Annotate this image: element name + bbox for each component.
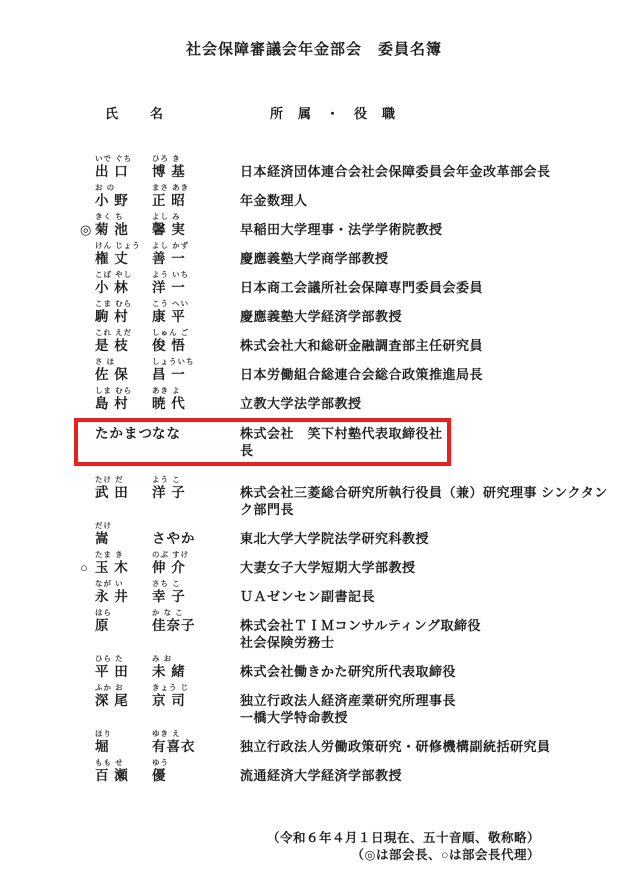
chair-marker xyxy=(80,682,95,692)
member-affiliation: 早稲田大学理事・法学学術院教授 xyxy=(240,211,443,238)
name-given-group: こう へい 康 平 xyxy=(152,298,189,325)
member-row: さ ほ 佐 保 しょういち 昌 一 日本労働組合総連合会総合政策推進局長 xyxy=(80,356,628,383)
member-affiliation: 日本労働組合総連合会総合政策推進局長 xyxy=(240,356,483,383)
chair-marker xyxy=(80,653,95,663)
member-name: たま き 玉 木 のぶ すけ 伸 介 xyxy=(95,549,240,576)
member-row: こば やし 小 林 よう いち 洋 一 日本商工会議所社会保障専門委員会委員 xyxy=(80,269,628,296)
name-family: 玉 木 xyxy=(95,559,152,576)
furigana-family: はら xyxy=(95,607,152,617)
name-family-group: もも せ 百 瀬 xyxy=(95,757,152,784)
affiliation-line-1: 流通経済大学経済学部教授 xyxy=(240,767,402,784)
name-family: 是 枝 xyxy=(95,337,152,354)
furigana-family: だけ xyxy=(95,520,152,530)
chair-marker xyxy=(80,757,95,767)
name-family: 小 林 xyxy=(95,279,152,296)
chair-marker xyxy=(80,728,95,738)
name-given: 馨 実 xyxy=(152,221,186,238)
name-family-group: たま き 玉 木 xyxy=(95,549,152,576)
member-row: ふか お 深 尾 きょう じ 京 司 独立行政法人経済産業研究所理事長 一橋大学… xyxy=(80,682,628,726)
affiliation-line-1: 慶應義塾大学経済学部教授 xyxy=(240,308,402,325)
name-family-group: しま むら 島 村 xyxy=(95,385,152,412)
member-row: お の 小 野 まさ あき 正 昭 年金数理人 xyxy=(80,182,628,209)
member-affiliation: 株式会社 笑下村塾代表取締役社長 xyxy=(240,425,445,459)
furigana-family: お の xyxy=(95,182,152,192)
page-title: 社会保障審議会年金部会 委員名簿 xyxy=(0,38,628,59)
chair-marker: ○ xyxy=(80,549,95,576)
name-given: 伸 介 xyxy=(152,559,189,576)
furigana-given: のぶ すけ xyxy=(152,549,189,559)
column-headers: 氏 名 所 属 ・ 役 職 xyxy=(0,103,628,121)
name-given: 正 昭 xyxy=(152,192,189,209)
name-given: 俊 悟 xyxy=(152,337,189,354)
furigana-given: きょう じ xyxy=(152,682,189,692)
name-given-group: よし かず 善 一 xyxy=(152,240,189,267)
affiliation-line-1: 独立行政法人経済産業研究所理事長 xyxy=(240,692,456,709)
chair-marker xyxy=(80,298,95,308)
name-given-group: なな xyxy=(152,425,181,442)
name-given: 昌 一 xyxy=(152,366,195,383)
affiliation-line-2: 社会保険労務士 xyxy=(240,634,481,651)
furigana-given: ゆき え xyxy=(152,728,196,738)
furigana-given: か な こ xyxy=(152,607,196,617)
name-given-group: さち こ 幸 子 xyxy=(152,578,186,605)
member-name: こま むら 駒 村 こう へい 康 平 xyxy=(95,298,240,325)
member-row: こま むら 駒 村 こう へい 康 平 慶應義塾大学経済学部教授 xyxy=(80,298,628,325)
name-family: 深 尾 xyxy=(95,692,152,709)
member-affiliation: 株式会社三菱総合研究所執行役員（兼）研究理事 シンクタン ク部門長 xyxy=(240,474,608,518)
furigana-family: ふか お xyxy=(95,682,152,692)
furigana-family: もも せ xyxy=(95,757,152,767)
member-affiliation: 株式会社ＴＩＭコンサルティング取締役 社会保険労務士 xyxy=(240,607,481,651)
affiliation-line-1: ＵＡゼンセン副書記長 xyxy=(240,588,375,605)
chair-marker xyxy=(80,578,95,588)
furigana-family: たけ だ xyxy=(95,474,152,484)
member-affiliation: 慶應義塾大学商学部教授 xyxy=(240,240,389,267)
chair-marker xyxy=(80,327,95,337)
furigana-family: こま むら xyxy=(95,298,152,308)
name-family-group: こま むら 駒 村 xyxy=(95,298,152,325)
member-affiliation: 年金数理人 xyxy=(240,182,308,209)
furigana-family: これ えだ xyxy=(95,327,152,337)
member-name: お の 小 野 まさ あき 正 昭 xyxy=(95,182,240,209)
affiliation-line-1: 株式会社働きかた研究所代表取締役 xyxy=(240,663,456,680)
name-given: 善 一 xyxy=(152,250,189,267)
name-given: 優 xyxy=(152,767,169,784)
name-given-group: のぶ すけ 伸 介 xyxy=(152,549,189,576)
footer-notes: （令和６年４月１日現在、五十音順、敬称略） （◎は部会長、○は部会長代理） xyxy=(0,830,628,864)
furigana-family: こば やし xyxy=(95,269,152,279)
member-name: もも せ 百 瀬 ゆう 優 xyxy=(95,757,240,784)
name-given: 洋 一 xyxy=(152,279,189,296)
chair-marker xyxy=(80,520,95,530)
name-family: 永 井 xyxy=(95,588,152,605)
name-family: 武 田 xyxy=(95,484,152,501)
furigana-family: ひら た xyxy=(95,653,152,663)
furigana-given: よし かず xyxy=(152,240,189,250)
chair-marker xyxy=(80,153,95,163)
name-family-group: たけ だ 武 田 xyxy=(95,474,152,501)
member-affiliation: 大妻女子大学短期大学部教授 xyxy=(240,549,416,576)
member-row: もも せ 百 瀬 ゆう 優 流通経済大学経済学部教授 xyxy=(80,757,628,784)
member-name: たけ だ 武 田 よう こ 洋 子 xyxy=(95,474,240,501)
name-family: 平 田 xyxy=(95,663,152,680)
member-name: これ えだ 是 枝 しゅん ご 俊 悟 xyxy=(95,327,240,354)
furigana-family: いで ぐち xyxy=(95,153,152,163)
member-name: ふか お 深 尾 きょう じ 京 司 xyxy=(95,682,240,709)
name-given: 京 司 xyxy=(152,692,189,709)
affiliation-line-1: 慶應義塾大学商学部教授 xyxy=(240,250,389,267)
furigana-family: ほり xyxy=(95,728,152,738)
name-given: なな xyxy=(152,425,181,442)
affiliation-line-1: 立教大学法学部教授 xyxy=(240,395,362,412)
name-given-group: よし み 馨 実 xyxy=(152,211,186,238)
name-family: 堀 xyxy=(95,738,152,755)
member-name: ほり 堀 ゆき え 有喜衣 xyxy=(95,728,240,755)
name-family: 出 口 xyxy=(95,163,152,180)
member-affiliation: 株式会社大和総研金融調査部主任研究員 xyxy=(240,327,483,354)
member-affiliation: 慶應義塾大学経済学部教授 xyxy=(240,298,402,325)
member-row: ほり 堀 ゆき え 有喜衣 独立行政法人労働政策研究・研修機構副統括研究員 xyxy=(80,728,628,755)
furigana-given: しょういち xyxy=(152,356,195,366)
furigana-given: よう こ xyxy=(152,474,186,484)
furigana-family: けん じょう xyxy=(95,240,152,250)
member-name: だけ 嵩 さやか xyxy=(95,520,240,547)
affiliation-line-1: 年金数理人 xyxy=(240,192,308,209)
name-given-group: よう こ 洋 子 xyxy=(152,474,186,501)
member-row: けん じょう 権 丈 よし かず 善 一 慶應義塾大学商学部教授 xyxy=(80,240,628,267)
document-page: 社会保障審議会年金部会 委員名簿 氏 名 所 属 ・ 役 職 いで ぐち 出 口… xyxy=(0,0,628,887)
chair-marker xyxy=(80,607,95,617)
member-name: きく ち 菊 池 よし み 馨 実 xyxy=(95,211,240,238)
member-row: ○ たま き 玉 木 のぶ すけ 伸 介 大妻女子大学短期大学部教授 xyxy=(80,549,628,576)
member-row: いで ぐち 出 口 ひろ き 博 基 日本経済団体連合会社会保障委員会年金改革部… xyxy=(80,153,628,180)
member-name: なが い 永 井 さち こ 幸 子 xyxy=(95,578,240,605)
chair-marker xyxy=(80,240,95,250)
name-family: 嵩 xyxy=(95,530,152,547)
name-given-group: み お 未 緒 xyxy=(152,653,186,680)
affiliation-line-1: 日本経済団体連合会社会保障委員会年金改革部会長 xyxy=(240,163,551,180)
name-given-group: まさ あき 正 昭 xyxy=(152,182,189,209)
name-family-group: だけ 嵩 xyxy=(95,520,152,547)
furigana-family: さ ほ xyxy=(95,356,152,366)
footer-note-legend: （◎は部会長、○は部会長代理） xyxy=(0,847,540,864)
name-given-group: きょう じ 京 司 xyxy=(152,682,189,709)
member-name: しま むら 島 村 あき よ 暁 代 xyxy=(95,385,240,412)
name-family: たかまつ xyxy=(95,425,152,442)
name-given: 有喜衣 xyxy=(152,738,196,755)
member-row: たかまつ なな 株式会社 笑下村塾代表取締役社長 xyxy=(74,418,451,466)
furigana-family: しま むら xyxy=(95,385,152,395)
name-family: 小 野 xyxy=(95,192,152,209)
member-affiliation: 流通経済大学経済学部教授 xyxy=(240,757,402,784)
furigana-given: さち こ xyxy=(152,578,186,588)
furigana-given: こう へい xyxy=(152,298,189,308)
member-row: ◎ きく ち 菊 池 よし み 馨 実 早稲田大学理事・法学学術院教授 xyxy=(80,211,628,238)
chair-marker: ◎ xyxy=(80,211,95,238)
name-family-group: きく ち 菊 池 xyxy=(95,211,152,238)
member-affiliation: 独立行政法人労働政策研究・研修機構副統括研究員 xyxy=(240,728,551,755)
name-family-group: お の 小 野 xyxy=(95,182,152,209)
chair-marker xyxy=(80,356,95,366)
name-family: 佐 保 xyxy=(95,366,152,383)
member-row: これ えだ 是 枝 しゅん ご 俊 悟 株式会社大和総研金融調査部主任研究員 xyxy=(80,327,628,354)
name-given-group: ひろ き 博 基 xyxy=(152,153,186,180)
furigana-given: み お xyxy=(152,653,186,663)
affiliation-line-1: 株式会社大和総研金融調査部主任研究員 xyxy=(240,337,483,354)
name-given-group: ゆき え 有喜衣 xyxy=(152,728,196,755)
furigana-family: きく ち xyxy=(95,211,152,221)
name-family-group: いで ぐち 出 口 xyxy=(95,153,152,180)
furigana-given: まさ あき xyxy=(152,182,189,192)
affiliation-line-1: 早稲田大学理事・法学学術院教授 xyxy=(240,221,443,238)
column-header-affiliation: 所 属 ・ 役 職 xyxy=(270,103,396,122)
name-family-group: これ えだ 是 枝 xyxy=(95,327,152,354)
affiliation-line-1: 東北大学大学院法学研究科教授 xyxy=(240,530,429,547)
furigana-given xyxy=(152,520,196,530)
furigana-given: ひろ き xyxy=(152,153,186,163)
furigana-given: よし み xyxy=(152,211,186,221)
chair-marker xyxy=(80,474,95,484)
member-name: はら 原 か な こ 佳奈子 xyxy=(95,607,240,634)
name-family-group: ひら た 平 田 xyxy=(95,653,152,680)
name-given: 洋 子 xyxy=(152,484,186,501)
member-affiliation: 株式会社働きかた研究所代表取締役 xyxy=(240,653,456,680)
name-given-group: か な こ 佳奈子 xyxy=(152,607,196,634)
affiliation-line-2: ク部門長 xyxy=(240,501,608,518)
name-given: 康 平 xyxy=(152,308,189,325)
affiliation-line-1: 株式会社 笑下村塾代表取締役社長 xyxy=(240,425,445,459)
furigana-family: たま き xyxy=(95,549,152,559)
member-affiliation: 日本商工会議所社会保障専門委員会委員 xyxy=(240,269,483,296)
member-affiliation: 立教大学法学部教授 xyxy=(240,385,362,412)
name-given: 幸 子 xyxy=(152,588,186,605)
name-family-group: はら 原 xyxy=(95,607,152,634)
name-family: 原 xyxy=(95,617,152,634)
affiliation-line-1: 日本商工会議所社会保障専門委員会委員 xyxy=(240,279,483,296)
name-given: 暁 代 xyxy=(152,395,186,412)
member-row: ひら た 平 田 み お 未 緒 株式会社働きかた研究所代表取締役 xyxy=(80,653,628,680)
furigana-given: あき よ xyxy=(152,385,186,395)
name-given-group: さやか xyxy=(152,520,196,547)
name-given: 未 緒 xyxy=(152,663,186,680)
member-name: ひら た 平 田 み お 未 緒 xyxy=(95,653,240,680)
furigana-given: ゆう xyxy=(152,757,169,767)
name-given: 博 基 xyxy=(152,163,186,180)
member-list: いで ぐち 出 口 ひろ き 博 基 日本経済団体連合会社会保障委員会年金改革部… xyxy=(0,153,628,784)
name-given-group: しゅん ご 俊 悟 xyxy=(152,327,189,354)
member-row: しま むら 島 村 あき よ 暁 代 立教大学法学部教授 xyxy=(80,385,628,412)
member-affiliation: 日本経済団体連合会社会保障委員会年金改革部会長 xyxy=(240,153,551,180)
affiliation-line-1: 独立行政法人労働政策研究・研修機構副統括研究員 xyxy=(240,738,551,755)
furigana-given: よう いち xyxy=(152,269,189,279)
name-family: 百 瀬 xyxy=(95,767,152,784)
member-affiliation: 独立行政法人経済産業研究所理事長 一橋大学特命教授 xyxy=(240,682,456,726)
member-row: はら 原 か な こ 佳奈子 株式会社ＴＩＭコンサルティング取締役 社会保険労務… xyxy=(80,607,628,651)
member-row: なが い 永 井 さち こ 幸 子 ＵＡゼンセン副書記長 xyxy=(80,578,628,605)
affiliation-line-1: 株式会社ＴＩＭコンサルティング取締役 xyxy=(240,617,481,634)
name-family-group: ふか お 深 尾 xyxy=(95,682,152,709)
furigana-given: しゅん ご xyxy=(152,327,189,337)
member-row: だけ 嵩 さやか 東北大学大学院法学研究科教授 xyxy=(80,520,628,547)
name-family: 駒 村 xyxy=(95,308,152,325)
member-name: けん じょう 権 丈 よし かず 善 一 xyxy=(95,240,240,267)
name-family-group: さ ほ 佐 保 xyxy=(95,356,152,383)
name-given: 佳奈子 xyxy=(152,617,196,634)
member-name: さ ほ 佐 保 しょういち 昌 一 xyxy=(95,356,240,383)
footer-note-date: （令和６年４月１日現在、五十音順、敬称略） xyxy=(0,830,540,847)
member-name: たかまつ なな xyxy=(95,425,240,442)
name-family-group: こば やし 小 林 xyxy=(95,269,152,296)
name-family: 島 村 xyxy=(95,395,152,412)
name-given: さやか xyxy=(152,530,196,547)
column-header-name: 氏 名 xyxy=(105,103,165,122)
affiliation-line-1: 株式会社三菱総合研究所執行役員（兼）研究理事 シンクタン xyxy=(240,484,608,501)
name-given-group: よう いち 洋 一 xyxy=(152,269,189,296)
name-family-group: けん じょう 権 丈 xyxy=(95,240,152,267)
name-family-group: たかまつ xyxy=(95,425,152,442)
name-family-group: なが い 永 井 xyxy=(95,578,152,605)
furigana-family: なが い xyxy=(95,578,152,588)
affiliation-line-2: 一橋大学特命教授 xyxy=(240,709,456,726)
member-name: いで ぐち 出 口 ひろ き 博 基 xyxy=(95,153,240,180)
name-family-group: ほり 堀 xyxy=(95,728,152,755)
chair-marker xyxy=(80,269,95,279)
name-family: 菊 池 xyxy=(95,221,152,238)
member-name: こば やし 小 林 よう いち 洋 一 xyxy=(95,269,240,296)
name-given-group: しょういち 昌 一 xyxy=(152,356,195,383)
chair-marker xyxy=(80,182,95,192)
name-given-group: あき よ 暁 代 xyxy=(152,385,186,412)
chair-marker xyxy=(80,385,95,395)
member-affiliation: 東北大学大学院法学研究科教授 xyxy=(240,520,429,547)
member-affiliation: ＵＡゼンセン副書記長 xyxy=(240,578,375,605)
name-family: 権 丈 xyxy=(95,250,152,267)
affiliation-line-1: 日本労働組合総連合会総合政策推進局長 xyxy=(240,366,483,383)
member-row: たけ だ 武 田 よう こ 洋 子 株式会社三菱総合研究所執行役員（兼）研究理事… xyxy=(80,474,628,518)
affiliation-line-1: 大妻女子大学短期大学部教授 xyxy=(240,559,416,576)
name-given-group: ゆう 優 xyxy=(152,757,169,784)
